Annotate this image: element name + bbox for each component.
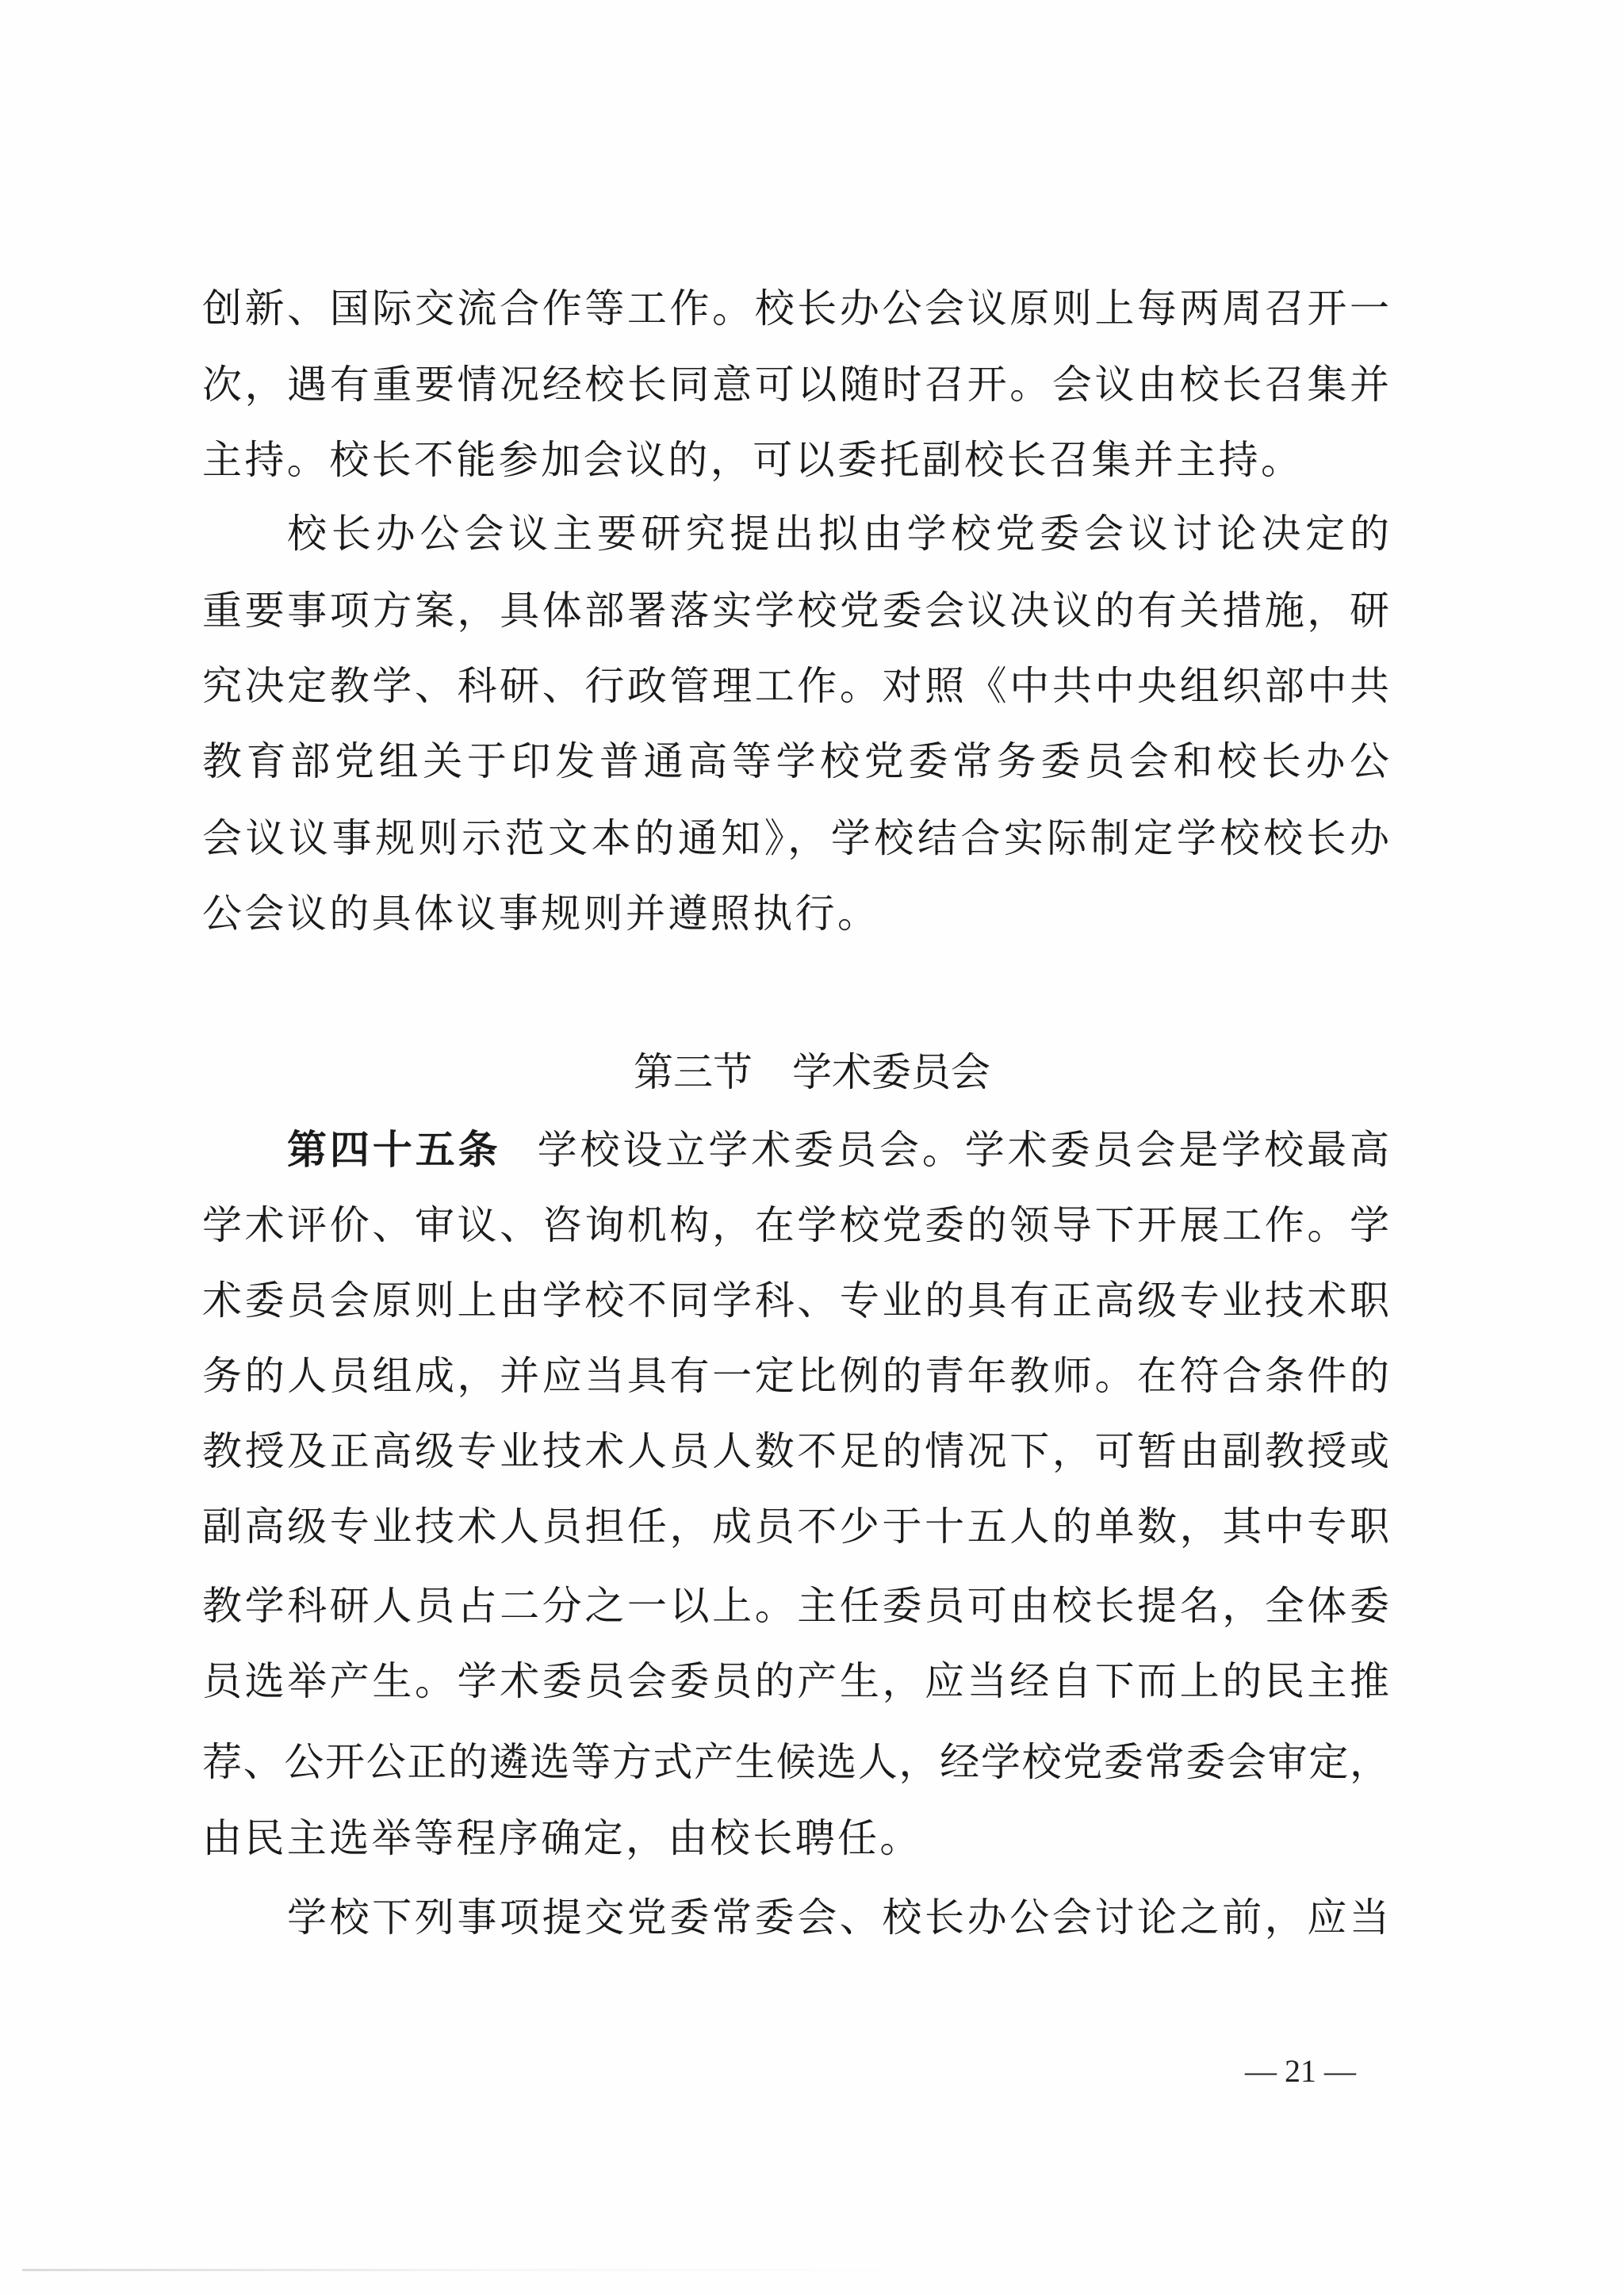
paragraph-2-line-4: 教育部党组关于印发普通高等学校党委常务委员会和校长办公 [202,723,1389,799]
article-45-line-2: 学术评价、审议、咨询机构，在学校党委的领导下开展工作。学 [202,1187,1389,1263]
paragraph-2-line-5: 会议议事规则示范文本的通知》，学校结合实际制定学校校长办 [202,800,1389,876]
paragraph-2-line-3: 究决定教学、科研、行政管理工作。对照《中共中央组织部中共 [202,648,1389,724]
article-45-line-8: 员选举产生。学术委员会委员的产生，应当经自下而上的民主推 [202,1643,1389,1719]
paragraph-2-line-6: 公会议的具体议事规则并遵照执行。 [202,875,1389,952]
paragraph-1-line-2: 次，遇有重要情况经校长同意可以随时召开。会议由校长召集并 [202,347,1389,423]
article-45-line-5: 教授及正高级专业技术人员人数不足的情况下，可暂由副教授或 [202,1413,1389,1489]
page-number: — 21 — [1245,2052,1356,2090]
paragraph-2-line-1: 校长办公会议主要研究提出拟由学校党委会议讨论决定的 [202,496,1389,572]
section-title: 第三节 学术委员会 [0,1034,1624,1110]
article-45-line-1-text: 学校设立学术委员会。学术委员会是学校最高 [538,1127,1389,1173]
article-45-line-6: 副高级专业技术人员担任，成员不少于十五人的单数，其中专职 [202,1488,1389,1565]
article-45-line-4: 务的人员组成，并应当具有一定比例的青年教师。在符合条件的 [202,1338,1389,1414]
article-45-line-7: 教学科研人员占二分之一以上。主任委员可由校长提名，全体委 [202,1568,1389,1644]
paragraph-2-line-2: 重要事项方案，具体部署落实学校党委会议决议的有关措施，研 [202,573,1389,649]
scan-artifact-line [22,2269,958,2271]
paragraph-1-line-1: 创新、国际交流合作等工作。校长办公会议原则上每两周召开一 [202,270,1389,347]
final-paragraph-line-1: 学校下列事项提交党委常委会、校长办公会讨论之前，应当 [202,1879,1389,1956]
document-page: 创新、国际交流合作等工作。校长办公会议原则上每两周召开一 次，遇有重要情况经校长… [0,0,1624,2295]
article-45-line-9: 荐、公开公正的遴选等方式产生候选人，经学校党委常委会审定， [202,1724,1389,1800]
article-45-line-3: 术委员会原则上由学校不同学科、专业的具有正高级专业技术职 [202,1262,1389,1339]
article-45-line-10: 由民主选举等程序确定，由校长聘任。 [202,1800,1389,1876]
article-45-line-1: 第四十五条学校设立学术委员会。学术委员会是学校最高 [202,1112,1389,1188]
paragraph-1-line-3: 主持。校长不能参加会议的，可以委托副校长召集并主持。 [202,422,1389,498]
article-label: 第四十五条 [287,1127,501,1173]
